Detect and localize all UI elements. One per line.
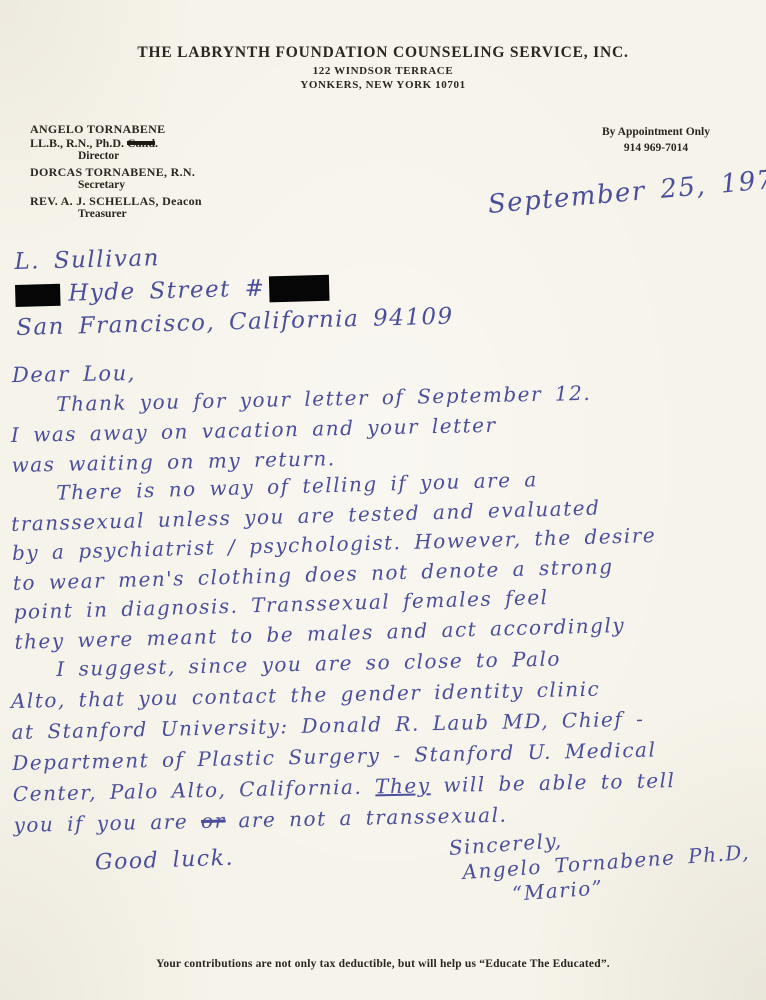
contact-block: By Appointment Only 914 969-7014 xyxy=(602,124,710,156)
redaction-box-house-number xyxy=(15,284,61,307)
line-text: you if you are xyxy=(13,809,201,837)
handwritten-date: September 25, 1979 xyxy=(487,163,766,220)
staff-treasurer-name: REV. A. J. SCHELLAS, Deacon xyxy=(30,195,202,209)
body-paragraph-2: There is no way of telling if you are a … xyxy=(10,459,759,657)
line-text: Center, Palo Alto, California. xyxy=(13,774,376,806)
recipient-address: L. Sullivan Hyde Street # San Francisco,… xyxy=(14,235,454,345)
staff-director-title: Director xyxy=(30,150,202,164)
letterhead-org-name: THE LABRYNTH FOUNDATION COUNSELING SERVI… xyxy=(0,44,766,62)
phone-number: 914 969-7014 xyxy=(602,140,710,156)
staff-block: ANGELO TORNABENE LL.B., R.N., Ph.D. Cand… xyxy=(30,123,202,224)
credentials-period: . xyxy=(155,136,158,150)
goodluck-line: Good luck. xyxy=(95,846,235,876)
credentials-text: LL.B., R.N., Ph.D. xyxy=(30,136,127,150)
footer-slogan: Your contributions are not only tax dedu… xyxy=(0,958,766,970)
line-text: will be able to tell xyxy=(430,768,675,797)
struck-word: or xyxy=(201,809,226,834)
appointment-note: By Appointment Only xyxy=(602,124,710,140)
letterhead-city: YONKERS, NEW YORK 10701 xyxy=(0,79,766,91)
letterhead-street: 122 WINDSOR TERRACE xyxy=(0,65,766,77)
recipient-street-text: Hyde Street # xyxy=(68,275,266,306)
credentials-struck-word: Cand xyxy=(127,136,155,150)
staff-director-name: ANGELO TORNABENE xyxy=(30,123,202,137)
line-text: are not a transsexual. xyxy=(225,803,507,833)
staff-secretary-name: DORCAS TORNABENE, R.N. xyxy=(30,166,202,180)
salutation: Dear Lou, xyxy=(12,361,136,387)
underlined-word: They xyxy=(375,773,431,798)
letter-page: THE LABRYNTH FOUNDATION COUNSELING SERVI… xyxy=(0,0,766,1000)
staff-secretary-title: Secretary xyxy=(30,179,202,193)
body-paragraph-3: I suggest, since you are so close to Pal… xyxy=(10,639,758,841)
staff-director-credentials: LL.B., R.N., Ph.D. Cand. xyxy=(30,137,202,151)
redaction-box-apartment-number xyxy=(269,275,330,303)
staff-treasurer-title: Treasurer xyxy=(30,208,202,222)
